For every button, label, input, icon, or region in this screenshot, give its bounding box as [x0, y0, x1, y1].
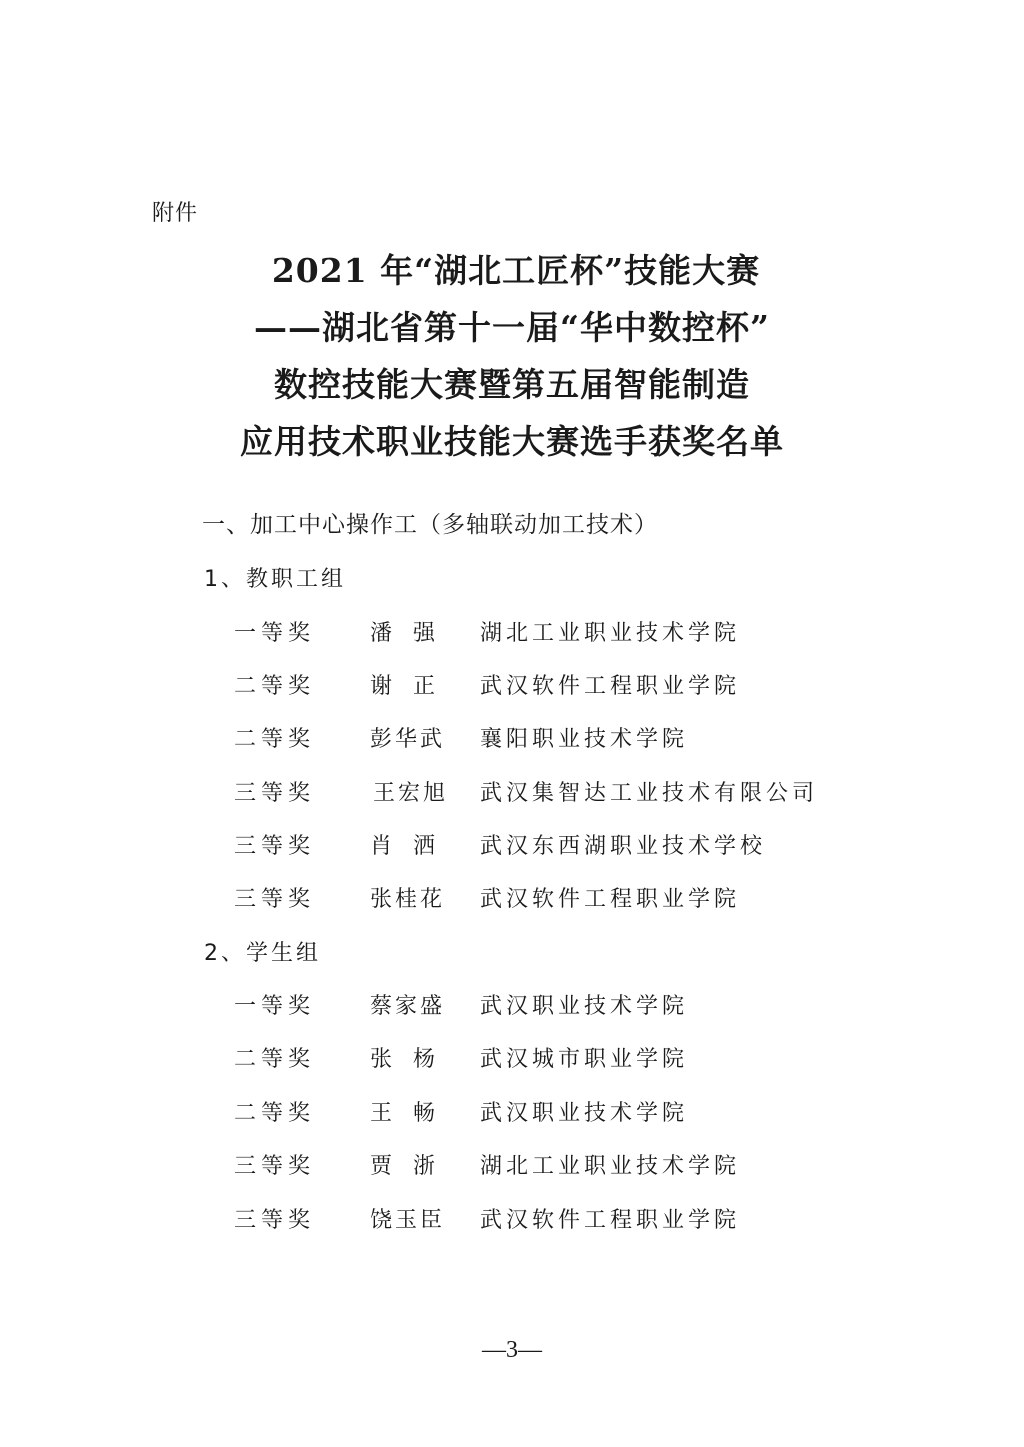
- winner-name: 潘强: [370, 616, 450, 647]
- award-level: 二等奖: [234, 722, 315, 753]
- section-heading: 一、加工中心操作工（多轴联动加工技术）: [202, 506, 658, 539]
- winner-name: 肖洒: [370, 829, 450, 860]
- winner-name: 蔡家盛: [370, 989, 450, 1020]
- winner-organization: 武汉职业技术学院: [480, 989, 688, 1020]
- title-line-4: 应用技术职业技能大赛选手获奖名单: [0, 413, 1024, 470]
- winner-name: 王宏旭: [373, 776, 453, 807]
- title-line-3: 数控技能大赛暨第五届智能制造: [0, 356, 1024, 413]
- page-number: —3—: [0, 1337, 1024, 1364]
- title-line-1: 2021 年“湖北工匠杯”技能大赛: [0, 242, 1024, 299]
- winner-organization: 武汉城市职业学院: [480, 1042, 688, 1073]
- award-level: 二等奖: [234, 1042, 315, 1073]
- award-level: 一等奖: [234, 989, 315, 1020]
- winner-organization: 武汉软件工程职业学院: [480, 882, 740, 913]
- winner-organization: 武汉软件工程职业学院: [480, 669, 740, 700]
- document-title: 2021 年“湖北工匠杯”技能大赛 ——湖北省第十一届“华中数控杯” 数控技能大…: [0, 242, 1024, 470]
- winner-name: 张桂花: [370, 882, 450, 913]
- award-level: 三等奖: [234, 882, 315, 913]
- title-line-2: ——湖北省第十一届“华中数控杯”: [0, 299, 1024, 356]
- winner-name: 彭华武: [370, 722, 450, 753]
- winner-name: 谢正: [370, 669, 450, 700]
- winner-organization: 武汉集智达工业技术有限公司: [480, 776, 818, 807]
- winner-organization: 湖北工业职业技术学院: [480, 1149, 740, 1180]
- award-level: 三等奖: [234, 1149, 315, 1180]
- attachment-label: 附件: [152, 196, 198, 227]
- winner-name: 贾浙: [370, 1149, 450, 1180]
- award-level: 三等奖: [234, 776, 315, 807]
- winner-name: 饶玉臣: [370, 1203, 450, 1234]
- winner-organization: 武汉软件工程职业学院: [480, 1203, 740, 1234]
- winner-organization: 武汉东西湖职业技术学校: [480, 829, 766, 860]
- winner-organization: 湖北工业职业技术学院: [480, 616, 740, 647]
- winner-organization: 武汉职业技术学院: [480, 1096, 688, 1127]
- winner-name: 张杨: [370, 1042, 450, 1073]
- award-level: 一等奖: [234, 616, 315, 647]
- award-level: 三等奖: [234, 1203, 315, 1234]
- group-label-student: 2、学生组: [204, 936, 321, 967]
- award-level: 三等奖: [234, 829, 315, 860]
- award-level: 二等奖: [234, 669, 315, 700]
- award-level: 二等奖: [234, 1096, 315, 1127]
- winner-name: 王畅: [370, 1096, 450, 1127]
- winner-organization: 襄阳职业技术学院: [480, 722, 688, 753]
- group-label-staff: 1、教职工组: [204, 562, 346, 593]
